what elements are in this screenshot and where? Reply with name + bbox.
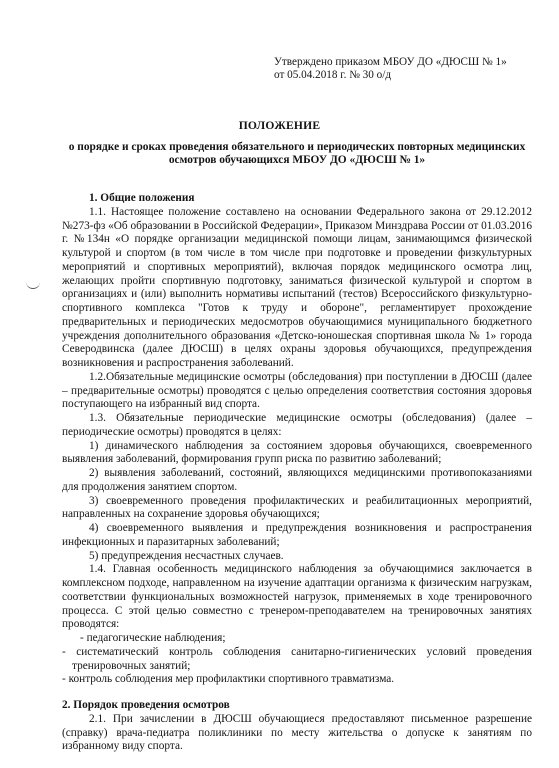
goal-item: 2) выявления заболеваний, состояний, явл… <box>62 467 532 495</box>
measure-item: - контроль соблюдения мер профилактики с… <box>62 673 532 687</box>
measure-item: - педагогические наблюдения; <box>62 632 532 646</box>
goal-item: 1) динамического наблюдения за состояние… <box>62 440 532 468</box>
goal-item: 5) предупреждения несчастных случаев. <box>62 550 532 564</box>
paragraph-1-1: 1.1. Настоящее положение составлено на о… <box>62 206 532 371</box>
paragraph-1-4: 1.4. Главная особенность медицинского на… <box>62 563 532 632</box>
measure-item: - систематический контроль соблюдения са… <box>62 646 532 674</box>
paragraph-2-1: 2.1. При зачислении в ДЮСШ обучающиеся п… <box>62 713 532 754</box>
subtitle-line-1: о порядке и сроках проведения обязательн… <box>54 141 540 154</box>
goal-item: 4) своевременного выявления и предупрежд… <box>62 522 532 550</box>
document-page: Утверждено приказом МБОУ ДО «ДЮСШ № 1» о… <box>0 0 559 768</box>
approval-stamp: Утверждено приказом МБОУ ДО «ДЮСШ № 1» о… <box>274 56 507 82</box>
approval-line-2: от 05.04.2018 г. № 30 о/д <box>274 69 507 82</box>
document-body: 1. Общие положения 1.1. Настоящее положе… <box>62 192 532 754</box>
section-2-heading: 2. Порядок проведения осмотров <box>62 699 532 713</box>
document-subtitle: о порядке и сроках проведения обязательн… <box>62 141 532 167</box>
section-1-heading: 1. Общие положения <box>62 192 532 206</box>
paragraph-1-3: 1.3. Обязательные периодические медицинс… <box>62 412 532 440</box>
punch-hole-mark <box>26 282 40 289</box>
document-title: ПОЛОЖЕНИЕ <box>0 119 559 132</box>
subtitle-line-2: осмотров обучающихся МБОУ ДО «ДЮСШ № 1» <box>62 154 532 167</box>
goal-item: 3) своевременного проведения профилактич… <box>62 495 532 523</box>
paragraph-1-2: 1.2.Обязательные медицинские осмотры (об… <box>62 371 532 412</box>
approval-line-1: Утверждено приказом МБОУ ДО «ДЮСШ № 1» <box>274 56 507 69</box>
